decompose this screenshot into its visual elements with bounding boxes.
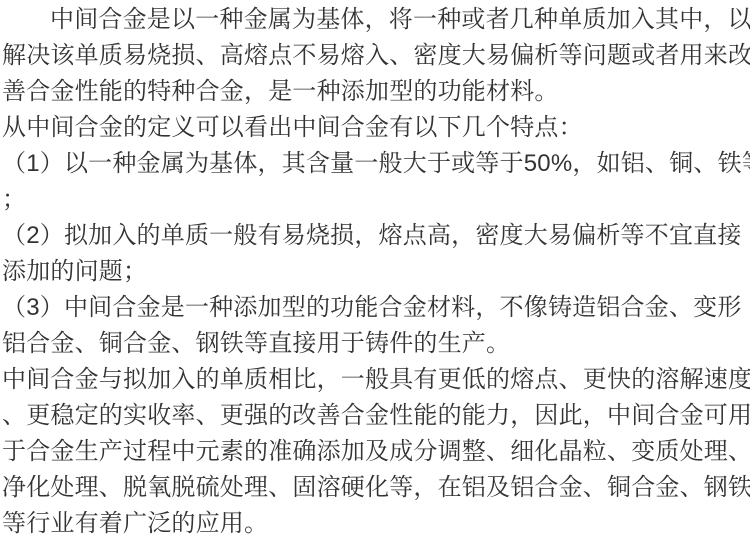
text-line: ； (2, 182, 750, 218)
document-page: 中间合金是以一种金属为基体，将一种或者几种单质加入其中，以 解决该单质易烧损、高… (0, 0, 750, 540)
text-line: （1）以一种金属为基体，其含量一般大于或等于50%，如铝、铜、铁等 (2, 146, 750, 182)
text-line: 善合金性能的特种合金，是一种添加型的功能材料。 (2, 74, 750, 110)
text-line: 解决该单质易烧损、高熔点不易熔入、密度大易偏析等问题或者用来改 (2, 38, 750, 74)
text-line: （3）中间合金是一种添加型的功能合金材料，不像铸造铝合金、变形 (2, 290, 750, 326)
text-line: 于合金生产过程中元素的准确添加及成分调整、细化晶粒、变质处理、 (2, 434, 750, 470)
text-line: 净化处理、脱氧脱硫处理、固溶硬化等，在铝及铝合金、铜合金、钢铁 (2, 470, 750, 506)
text-line: （2）拟加入的单质一般有易烧损，熔点高，密度大易偏析等不宜直接 (2, 218, 750, 254)
text-line: 添加的问题； (2, 254, 750, 290)
text-line: 中间合金是以一种金属为基体，将一种或者几种单质加入其中，以 (2, 2, 750, 38)
text-line: 中间合金与拟加入的单质相比，一般具有更低的熔点、更快的溶解速度 (2, 362, 750, 398)
text-line: 铝合金、铜合金、钢铁等直接用于铸件的生产。 (2, 326, 750, 362)
text-line: 等行业有着广泛的应用。 (2, 506, 750, 540)
text-line: 从中间合金的定义可以看出中间合金有以下几个特点： (2, 110, 750, 146)
text-line: 、更稳定的实收率、更强的改善合金性能的能力，因此，中间合金可用 (2, 398, 750, 434)
